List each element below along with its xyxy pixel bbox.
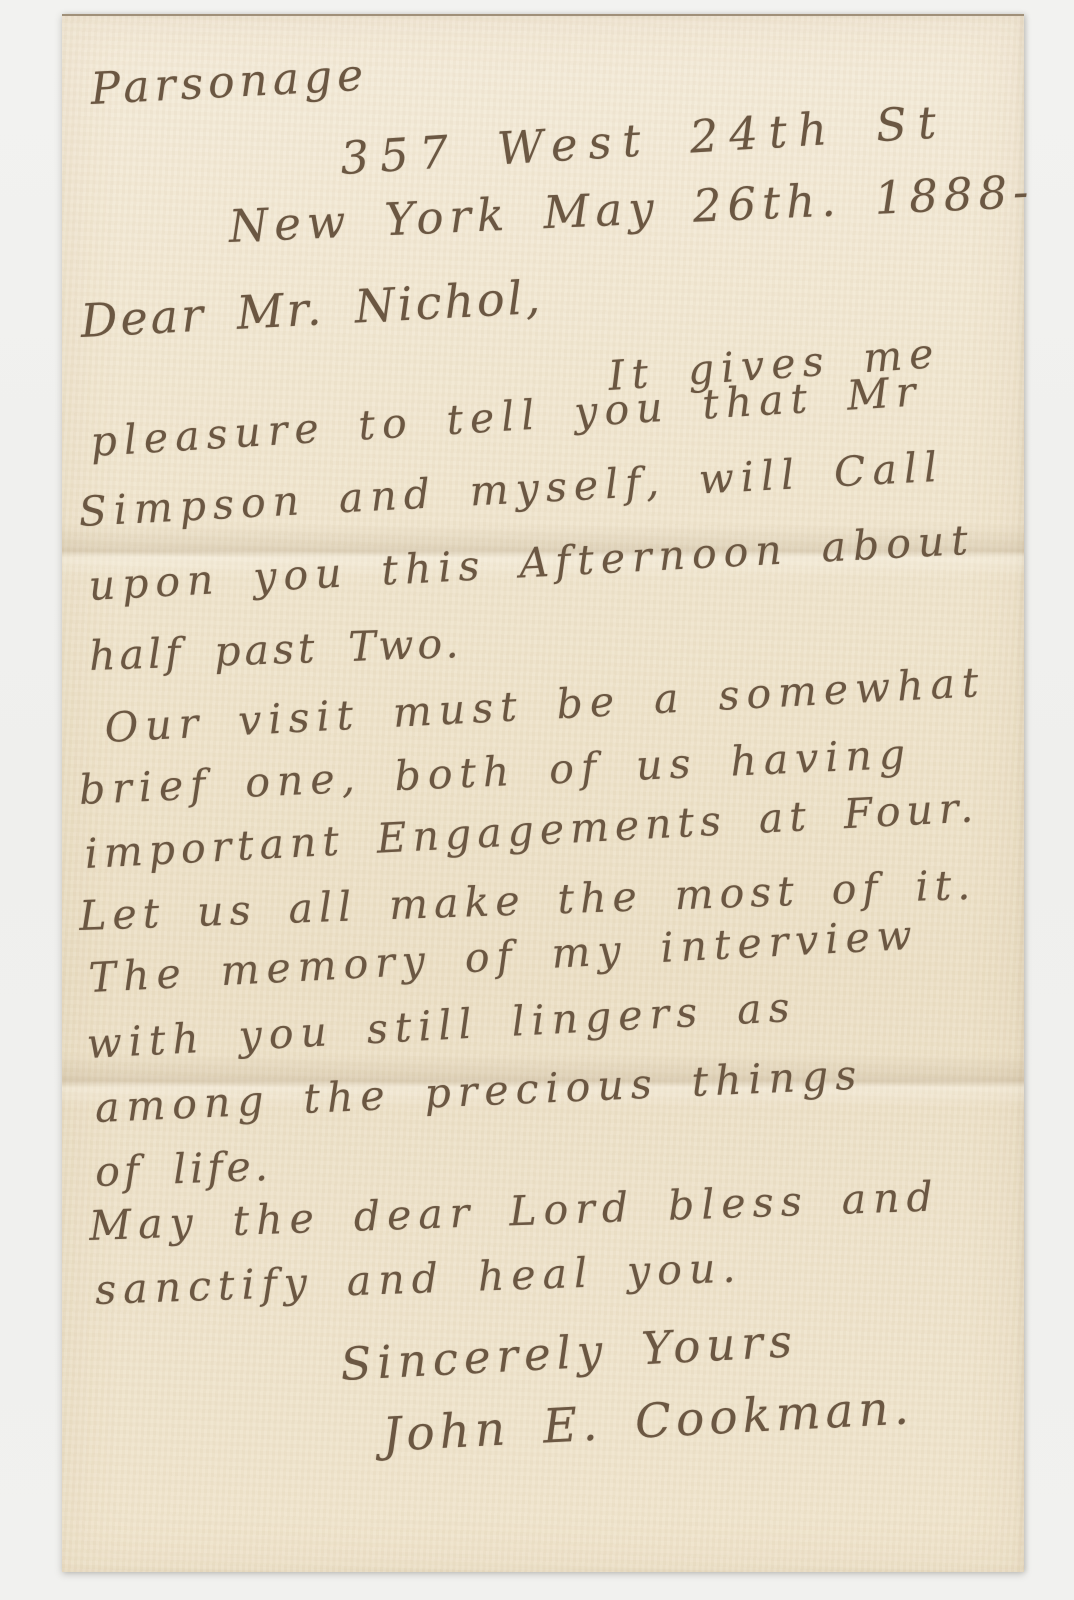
body-line-15: sanctify and heal you. (94, 1243, 743, 1314)
body-line-5: half past Two. (88, 619, 463, 680)
heading-address-line: 357 West 24th St (339, 95, 949, 185)
signature-line: John E. Cookman. (381, 1380, 915, 1463)
salutation-line: Dear Mr. Nichol, (79, 270, 544, 348)
heading-location-line: Parsonage (89, 50, 369, 115)
body-line-4: upon you this Afternoon about (87, 516, 975, 610)
closing-line: Sincerely Yours (339, 1314, 799, 1391)
letter-paper: Parsonage 357 West 24th St New York May … (62, 14, 1024, 1572)
body-line-13: of life. (94, 1142, 272, 1196)
body-line-12: among the precious things (94, 1051, 864, 1132)
